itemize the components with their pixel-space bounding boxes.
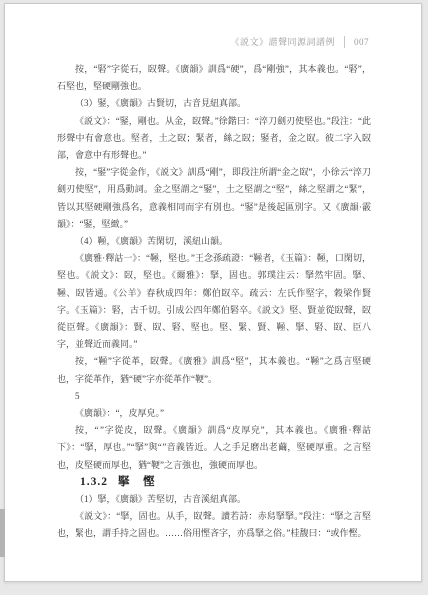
entry-4-qian: （4）䩯，《廣韻》苦閑切，溪紐山韻。 xyxy=(57,233,371,250)
paragraph-note-qian: 按，“䩯”字從革，臤聲。《廣雅》訓爲“堅”，其本義也。“䩯”之爲言堅硬也，字從革… xyxy=(57,353,371,387)
header-divider xyxy=(344,36,345,48)
entry-5-qin: （5）𥀌，《廣韻》弃忍切，溪紐軫韻。 xyxy=(57,388,371,405)
section-title: 掔 慳 xyxy=(118,476,156,488)
entry-3-jian: （3）鋻，《廣韻》古賢切，古音見紐真部。 xyxy=(57,95,371,112)
paragraph-shuowen-jian: 《説文》：“鋻，剛也。从金，臤聲。”徐鍇曰：“淬刀劍刃使堅也。”段注：“此形聲中… xyxy=(57,113,371,165)
page-header: 《説文》諧聲同源詞譜例 007 xyxy=(230,35,369,48)
page-number: 007 xyxy=(354,37,369,47)
section-heading: 1.3.2掔 慳 xyxy=(57,474,371,491)
book-page: 《説文》諧聲同源詞譜例 007 按，“硻”字從石，臤聲。《廣韻》訓爲“硬”，爲“… xyxy=(4,3,422,582)
running-title: 《説文》諧聲同源詞譜例 xyxy=(230,35,335,48)
paragraph-note-keng: 按，“硻”字從石，臤聲。《廣韻》訓爲“硬”，爲“剛強”，其本義也。“硻”，石堅也… xyxy=(57,61,371,95)
section-number: 1.3.2 xyxy=(80,476,108,488)
paragraph-guangyun-qin: 《廣韻》：“𥀌，皮厚皃。” xyxy=(57,405,371,422)
paragraph-guangya-qian: 《廣雅·釋詁一》：“䩯，堅也。”王念孫疏證：“䩯者，《玉篇》：䩯，口閑切，堅也。… xyxy=(57,250,371,353)
page-edge-tab xyxy=(0,509,5,557)
paragraph-note-qin: 按，“𥀌”字從皮，臤聲。《廣韻》訓爲“皮厚皃”，其本義也。《廣雅·釋詁下》：“掔… xyxy=(57,422,371,474)
paragraph-note-jian: 按，“鋻”字從金作，《説文》訓爲“剛”，即段注所謂“金之臤”，小徐云“淬刀劍刃使… xyxy=(57,164,371,233)
paragraph-shuowen-wan: 《説文》：“掔，固也。从手，臤聲。讀若詩：赤舄掔掔。”段注：“掔之言堅也，緊也，… xyxy=(57,508,371,542)
entry-1-wan: （1）掔，《廣韻》苦堅切，古音溪紐真部。 xyxy=(57,491,371,508)
text-content: 按，“硻”字從石，臤聲。《廣韻》訓爲“硬”，爲“剛強”，其本義也。“硻”，石堅也… xyxy=(57,61,371,543)
